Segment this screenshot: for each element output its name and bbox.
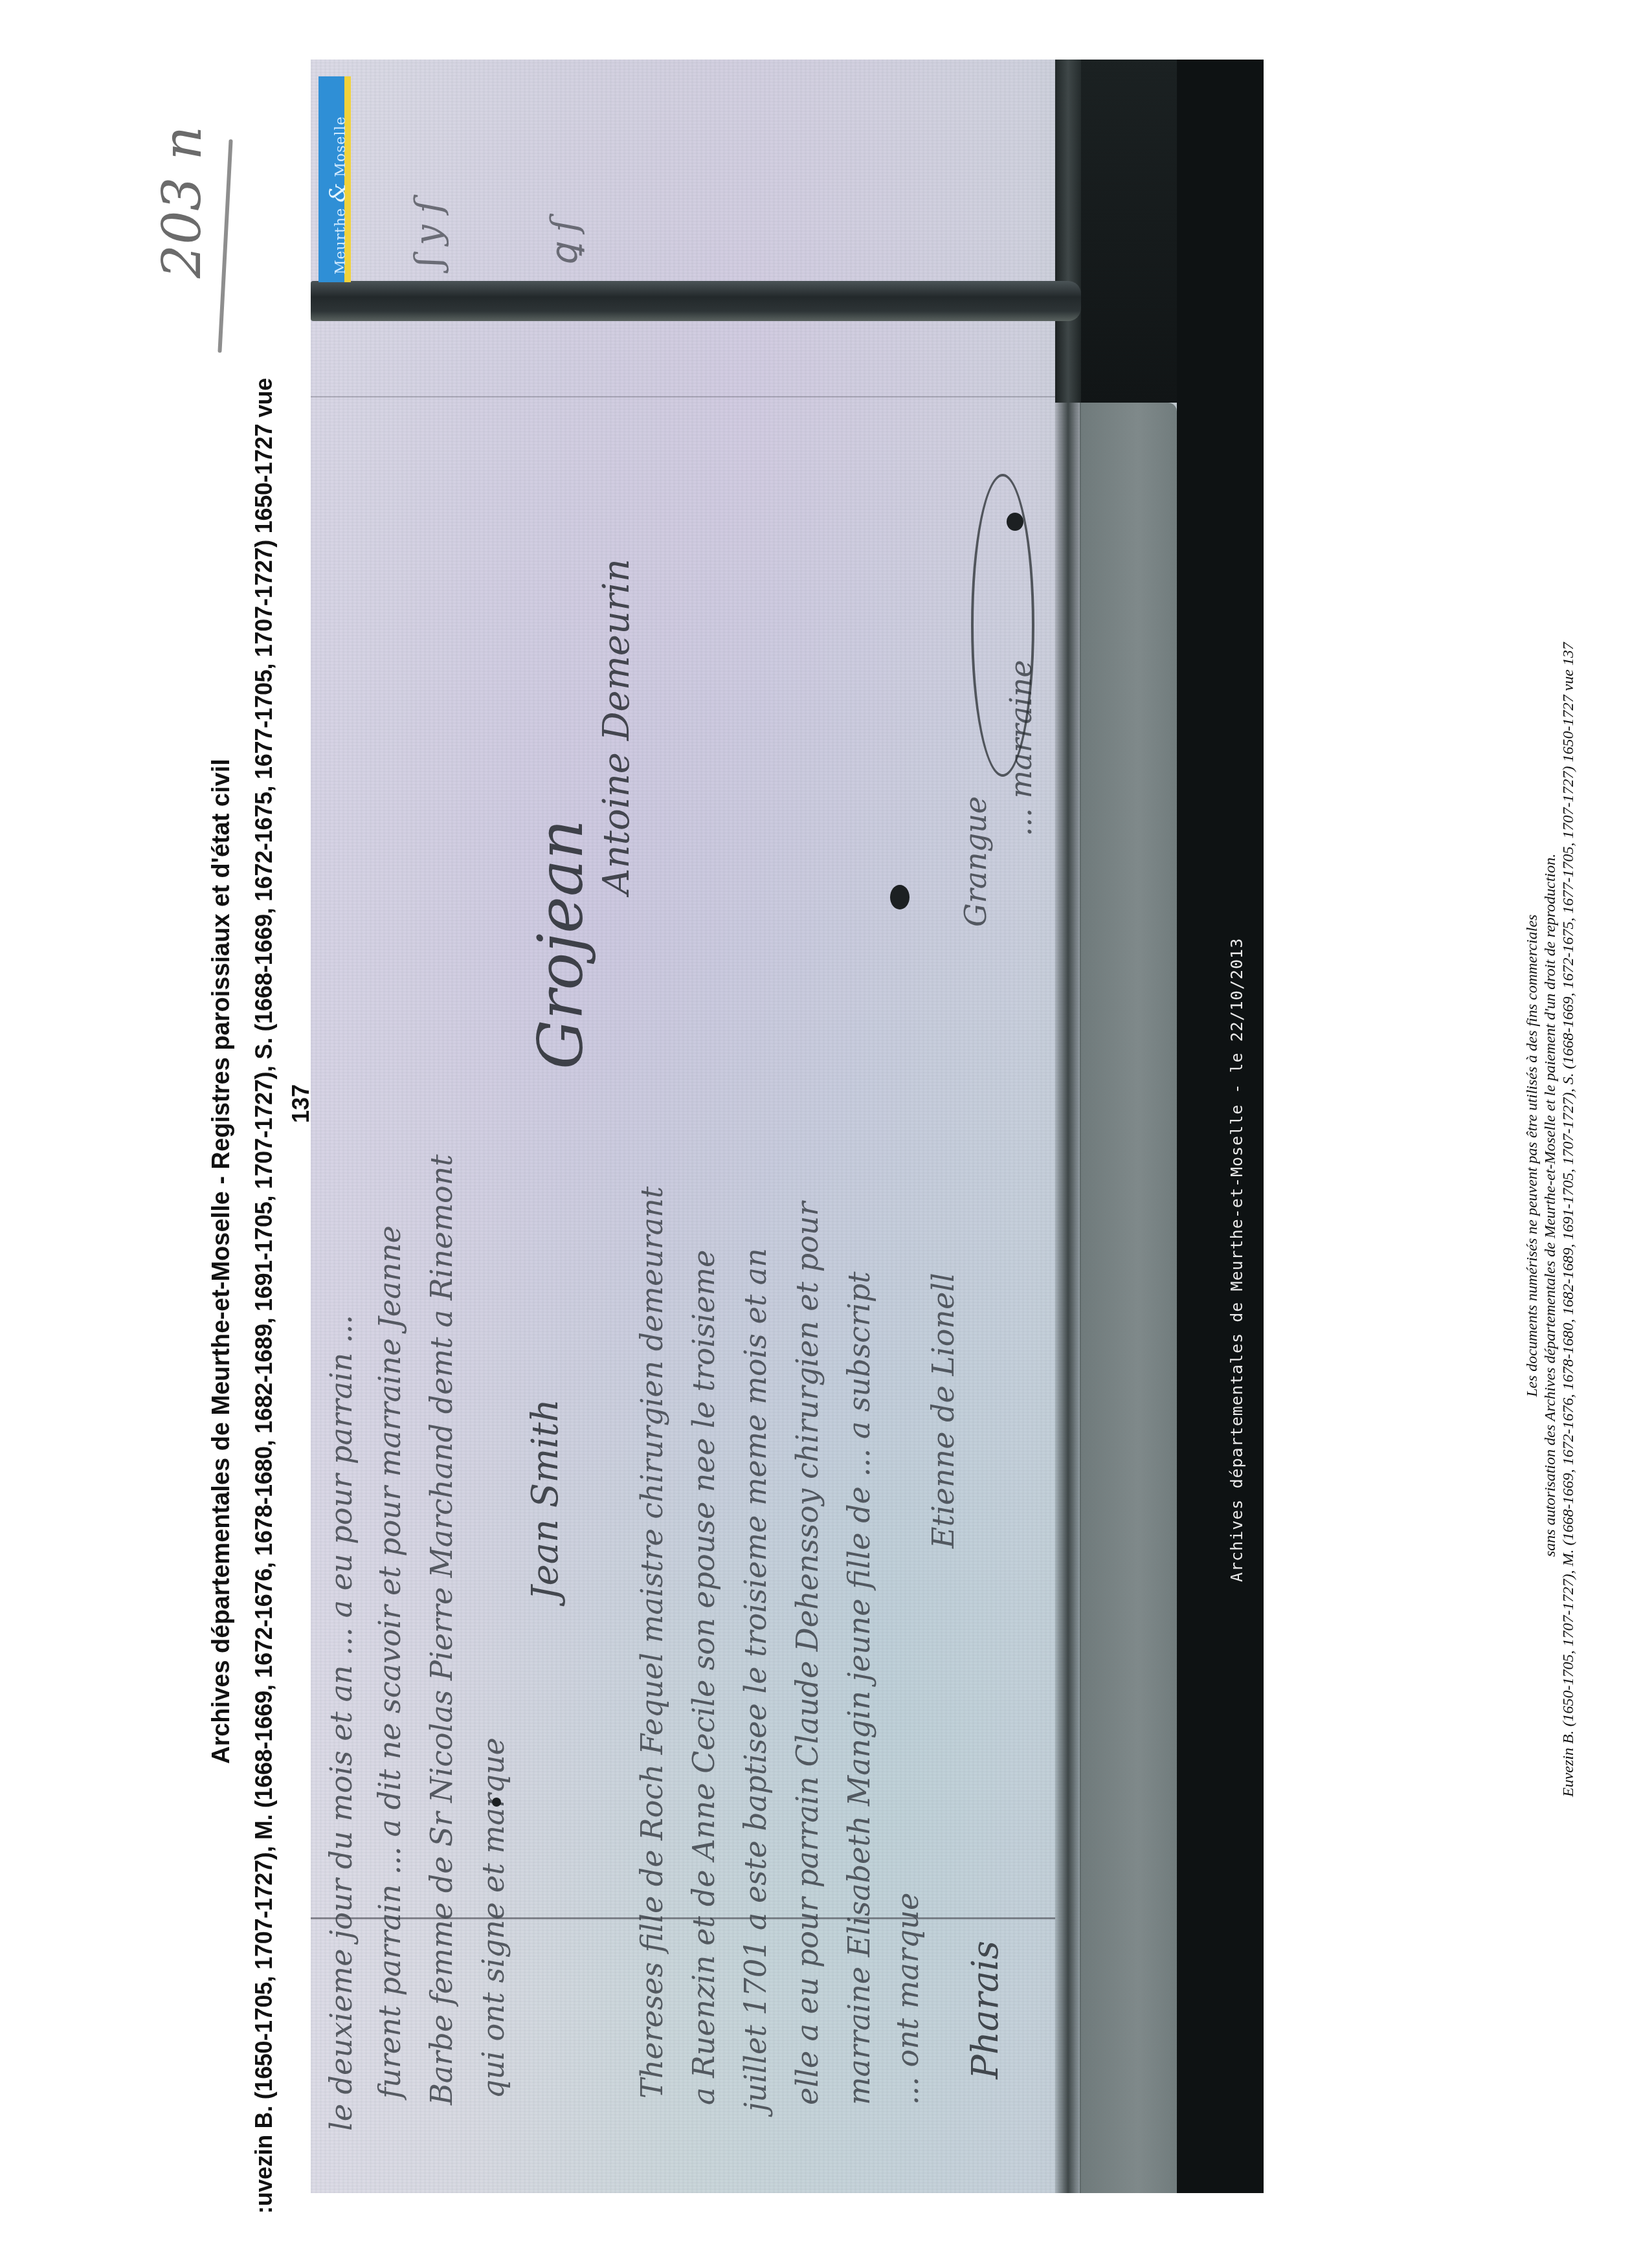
ink-blot <box>890 885 910 909</box>
margin-rule <box>311 396 1055 397</box>
handwriting-line: marraine Elisabeth Mangin jeune fille de… <box>842 1271 876 2105</box>
handwriting-line: Jean Smith <box>524 1399 566 1600</box>
pencil-underline <box>218 139 232 353</box>
meurthe-moselle-logo: Meurthe & Moselle <box>318 76 351 282</box>
handwriting-fragment: ʃ y ſ <box>408 200 450 267</box>
binding-crease <box>311 281 1081 321</box>
underlying-page <box>1080 403 1177 2193</box>
handwriting-signature: Grojean <box>524 819 597 1069</box>
handwriting-line: Etienne de Lionell <box>926 1273 961 1548</box>
margin-rule <box>311 1917 1055 1919</box>
handwriting-line: Antoine Demeurin <box>596 559 638 895</box>
handwriting-line: furent parrain ... a dit ne scavoir et p… <box>372 1225 407 2099</box>
handwriting-line: elle a eu pour parrain Claude Dehenssoy … <box>790 1202 825 2105</box>
handwriting-line: le deuxieme jour du mois et an ... a eu … <box>324 1315 359 2131</box>
register-photo: Meurthe & Moselle ʃ y ſ ꝗ ſ le deuxieme … <box>311 60 1264 2193</box>
document-title: Archives départementales de Meurthe-et-M… <box>208 759 234 1764</box>
ink-blot <box>492 1798 501 1807</box>
handwriting-line: Thereses fille de Roch Fequel maistre ch… <box>634 1187 669 2099</box>
ink-blot <box>1007 513 1023 531</box>
disclaimer-line-2: sans autorisation des Archives départeme… <box>1542 854 1559 1557</box>
handwriting-line: qui ont signe et marque <box>476 1737 511 2099</box>
disclaimer-line-1: Les documents numérisés ne peuvent pas ê… <box>1524 915 1541 1397</box>
dark-background <box>1177 60 1264 2193</box>
archive-watermark: Archives départementales de Meurthe-et-M… <box>1227 938 1246 1582</box>
disclaimer-line-3: Euvezin B. (1650-1705, 1707-1727), M. (1… <box>1560 642 1577 1797</box>
handwriting-line: juillet 1701 a este baptisee le troisiem… <box>738 1248 773 2112</box>
view-number: 137 <box>290 1084 312 1123</box>
handwriting-line: Grangue <box>958 796 993 927</box>
signature-oval <box>971 474 1034 777</box>
handwriting-fragment: ꝗ ſ <box>544 219 586 267</box>
handwriting-line: ... ont marque <box>890 1893 925 2105</box>
handwriting-line: Pharais <box>965 1941 1007 2079</box>
logo-text: Meurthe & Moselle <box>325 116 351 274</box>
handwriting-line: Barbe femme de Sr Nicolas Pierre Marchan… <box>424 1154 459 2105</box>
handwriting-line: a Ruenzin et de Anne Cecile son epouse n… <box>686 1250 721 2105</box>
document-subtitle: :uvezin B. (1650-1705, 1707-1727), M. (1… <box>251 378 277 2214</box>
page-edge <box>1055 60 1081 2193</box>
handwritten-page-note: 203 n <box>152 126 214 278</box>
